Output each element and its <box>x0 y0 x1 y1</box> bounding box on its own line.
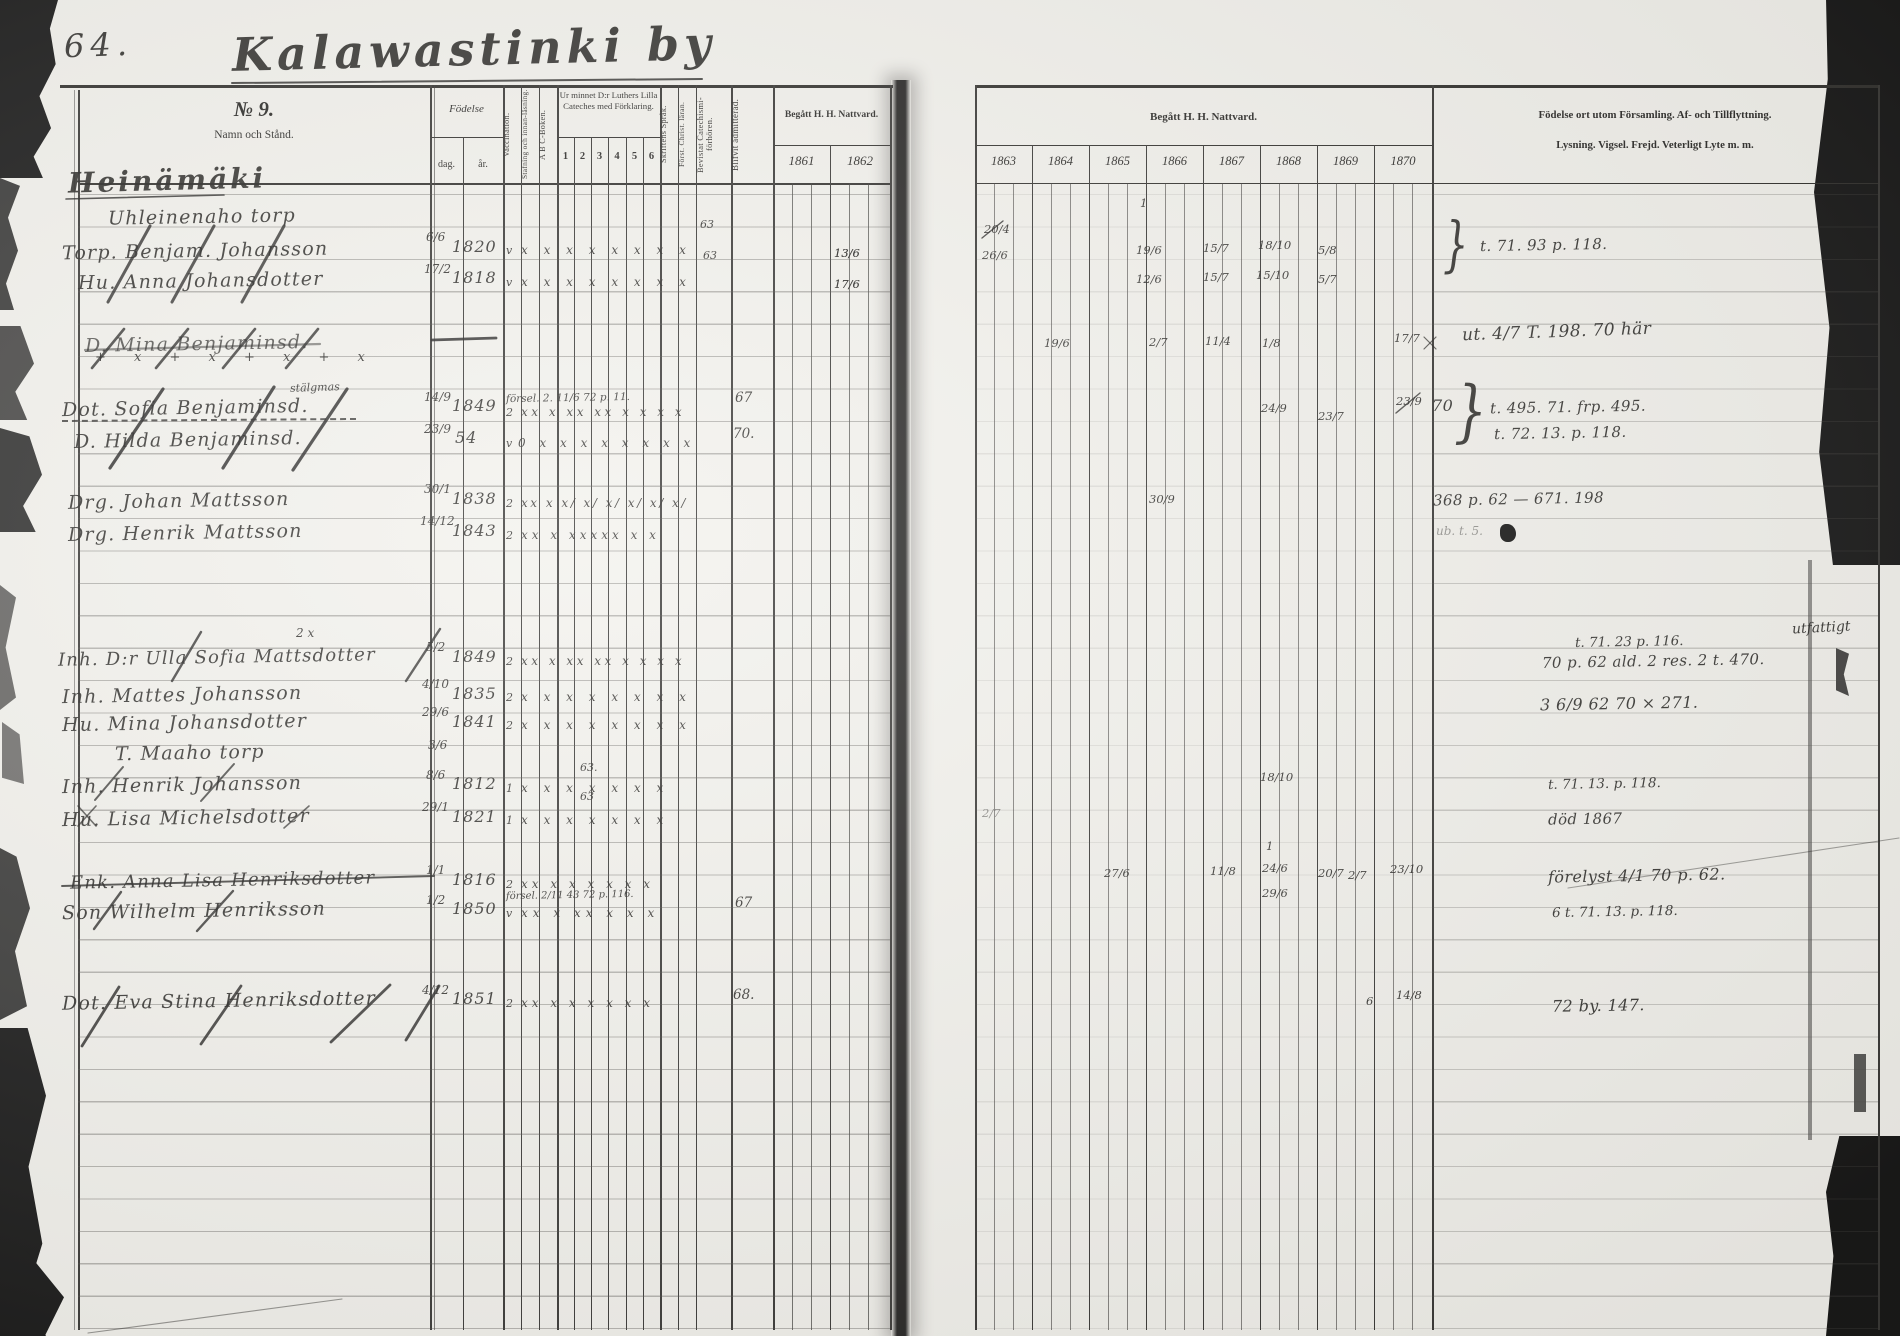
entry-birth-year: 1850 <box>452 899 497 918</box>
year-1862: 1862 <box>830 153 890 169</box>
communion-mark: 11/4 <box>1205 334 1231 348</box>
entry-reading-marks: xx x x/ x/ x/ x/ x/ x/ <box>521 496 688 510</box>
communion-mark: 24/9 <box>1261 401 1287 415</box>
entry-cross-marks: + x + x + x + x <box>95 350 377 365</box>
entry-exam-mark: 63 <box>700 218 714 231</box>
communion-mark: 15/7 <box>1203 270 1229 284</box>
years-ruled-lines <box>975 183 1432 1330</box>
entry-scribble: 2 x <box>296 626 314 640</box>
communion-mark: 20/4 <box>984 222 1010 236</box>
entry-vaccination: 2 <box>506 997 513 1010</box>
annotation: t. 71. 23 p. 116. <box>1575 633 1684 651</box>
admitted-header: Blifvit admitterad. <box>731 88 773 181</box>
entry-vaccination: v <box>506 244 512 257</box>
annotation: förelyst 4/1 70 p. 62. <box>1548 864 1726 886</box>
record-number: № 9. <box>78 97 430 122</box>
entry-reading-marks: x x x x x x x x <box>521 718 692 732</box>
entry-reading-marks: x x x x x x x <box>521 813 669 827</box>
entry-reading-marks: x x x x x x x x <box>521 275 692 289</box>
entry-vaccination: 2 <box>506 691 513 704</box>
year-1870: 1870 <box>1374 154 1432 169</box>
entry-vaccination: 1 <box>506 782 513 795</box>
entry-birth-day: 29/6 <box>422 705 449 719</box>
entry-name-crossed: Son Wilhelm Henriksson <box>62 898 326 925</box>
communion-header-right: Begått H. H. Nattvard. <box>975 111 1432 123</box>
marginal-note: stälgmas <box>290 380 340 395</box>
catechism-header: Ur minnet D:r Luthers Lilla Cateches med… <box>559 90 658 111</box>
communion-mark: 18/10 <box>1260 770 1293 784</box>
communion-mark: 23/10 <box>1390 862 1423 876</box>
entry-birth-day: 30/1 <box>424 482 451 496</box>
entry-admitted-year: 67 <box>735 895 752 911</box>
entry-vaccination: v <box>506 907 512 920</box>
communion-mark: 5/7 <box>1318 272 1337 286</box>
annotation: 368 p. 62 — 671. 198 <box>1433 489 1604 510</box>
grade-4: 4 <box>608 151 626 162</box>
year-1861: 1861 <box>773 153 830 169</box>
entry-birth-year: 1843 <box>452 521 497 540</box>
year-1869: 1869 <box>1317 154 1374 169</box>
communion-header-left: Begått H. H. Nattvard. <box>773 109 890 120</box>
entry-vaccination: 2 <box>506 529 513 542</box>
entry-name: Drg. Henrik Mattsson <box>68 520 303 546</box>
entry-birth-year: 1849 <box>452 647 497 666</box>
entry-vaccination: v <box>506 437 512 450</box>
annotation-faint: ub. t. 5. <box>1436 524 1483 538</box>
entry-birth-day: 14/12 <box>420 514 455 528</box>
birth-header: Födelse <box>430 103 503 115</box>
entry-exam-mark: 63. <box>580 761 598 774</box>
entry-inline-note: försel. 2. 11/6 72 p. 11. <box>506 391 630 405</box>
annotation: t. 71. 93 p. 118. <box>1480 235 1608 255</box>
communion-mark: 5/8 <box>1318 243 1337 257</box>
communion-mark: 6 <box>1366 994 1373 1008</box>
annotation: t. 495. 71. frp. 495. <box>1490 397 1646 418</box>
communion-mark: 1 <box>1266 839 1273 853</box>
entry-vaccination: 2 <box>506 719 513 732</box>
entry-reading-marks: x x x x x x x x <box>521 690 692 704</box>
entry-birth-day: 1/2 <box>426 893 445 907</box>
croft-header: Uhleinenaho torp <box>108 204 296 229</box>
annotation: 72 by. 147. <box>1552 995 1645 1016</box>
entry-admitted-year: 68. <box>733 987 754 1003</box>
grade-1: 1 <box>557 151 574 162</box>
entry-birth-year: 1821 <box>452 807 497 826</box>
communion-mark: 30/9 <box>1149 492 1175 506</box>
communion-mark: 15/7 <box>1203 241 1229 255</box>
entry-birth-day: 14/9 <box>424 390 451 404</box>
entry-birth-year: 1835 <box>452 684 497 703</box>
year-1865: 1865 <box>1089 154 1146 169</box>
entry-birth-day: 29/1 <box>422 800 449 814</box>
entry-birth-year: 1812 <box>452 774 497 793</box>
entry-birth-day: 5/2 <box>426 640 445 654</box>
village-header: Heinämäki <box>68 161 267 199</box>
entry-admitted-year: 70. <box>733 426 754 442</box>
entry-birth-day: 1/1 <box>426 863 445 877</box>
grade-2: 2 <box>574 151 591 162</box>
communion-mark: 27/6 <box>1104 866 1130 880</box>
notes-header-line2: Lysning. Vigsel. Frejd. Veterligt Lyte m… <box>1432 139 1878 151</box>
communion-mark: 18/10 <box>1258 238 1291 252</box>
entry-name: Drg. Johan Mattsson <box>68 488 290 514</box>
communion-mark: 12/6 <box>1136 272 1162 286</box>
birth-year-header: år. <box>463 159 503 170</box>
year-1866: 1866 <box>1146 154 1203 169</box>
communion-mark: 15/10 <box>1256 268 1289 282</box>
vaccination-header: Vaccination. <box>503 88 521 181</box>
communion-mark: 13/6 <box>834 246 860 260</box>
right-page-table: Begått H. H. Nattvard. 1863 1864 1865 18… <box>965 85 1880 1330</box>
annotation-brace: } <box>1443 211 1468 280</box>
communion-mark: 26/6 <box>982 248 1008 262</box>
annotation: t. 72. 13. p. 118. <box>1494 423 1627 443</box>
annotation-brace: } <box>1454 373 1487 451</box>
communion-mark: 17/7 <box>1394 331 1420 345</box>
grade-5: 5 <box>626 151 643 162</box>
annotation: t. 71. 13. p. 118. <box>1548 775 1661 793</box>
entry-birth-day: 6/6 <box>426 230 445 244</box>
entry-reading-marks: xx x xx xx x x x x <box>521 654 685 668</box>
communion-mark: 23/9 <box>1396 394 1422 408</box>
entry-birth-day: 17/2 <box>424 262 451 276</box>
entry-reading-marks: x x x x x x x x <box>521 243 692 257</box>
communion-mark: 1/8 <box>1262 336 1281 350</box>
book-gutter <box>891 80 911 1336</box>
entry-birth-year: 1849 <box>452 396 497 415</box>
entry-name-crossed: Dot. Sofia Benjaminsd. <box>62 395 309 421</box>
entry-vaccination: 2 <box>506 497 513 510</box>
entry-vaccination: 2 <box>506 878 513 891</box>
entry-reading-marks: xx x xx xx x x x x <box>521 405 685 419</box>
entry-birth-year: 1838 <box>452 489 497 508</box>
grade-6: 6 <box>643 151 660 162</box>
communion-mark: 2/7 <box>982 806 1001 820</box>
entry-birth-year: 1820 <box>452 237 497 256</box>
name-column-header: Namn och Stånd. <box>78 129 430 141</box>
entry-vaccination: 2 <box>506 655 513 668</box>
grade-3: 3 <box>591 151 608 162</box>
communion-mark: 24/6 <box>1262 861 1288 875</box>
croft-birth-day: 3/6 <box>428 738 447 752</box>
entry-birth-day: 4/12 <box>422 983 449 997</box>
year-1867: 1867 <box>1203 154 1260 169</box>
entry-exam-mark: 63 <box>703 249 717 262</box>
croft-header: T. Maaho torp <box>115 741 265 766</box>
year-1864: 1864 <box>1032 154 1089 169</box>
christian-doctrine-header: Först. Christ. läran. <box>678 88 696 181</box>
year-1863: 1863 <box>975 154 1032 169</box>
entry-birth-year: 1818 <box>452 268 497 287</box>
notes-header-line1: Födelse ort utom Församling. Af- och Til… <box>1432 109 1878 121</box>
communion-mark: 17/6 <box>834 277 860 291</box>
entry-reading-marks: xx x x x x x x <box>521 996 654 1010</box>
scanned-parish-register: 64. Kalawastinki by <box>0 0 1900 1336</box>
entry-name: Torp. Benjam. Johansson <box>62 238 329 265</box>
communion-mark: 1 <box>1140 196 1147 210</box>
entry-birth-year: 1841 <box>452 712 497 731</box>
communion-mark: 19/6 <box>1136 243 1162 257</box>
scripture-language-header: Skriftens Språk. <box>660 88 678 181</box>
annotation: utfattigt <box>1792 618 1851 637</box>
entry-birth-year: 54 <box>455 428 477 447</box>
entry-name-crossed: Inh. Henrik Johansson <box>62 772 302 798</box>
entry-reading-marks: xx x xxxxx x x <box>521 528 660 542</box>
entry-birth-day: 4/10 <box>422 677 449 691</box>
abc-book-header: A B C-Boken. <box>539 88 557 181</box>
birth-day-header: dag. <box>430 159 463 170</box>
communion-mark: 19/6 <box>1044 336 1070 350</box>
entry-birth-day: 8/6 <box>426 768 445 782</box>
entry-reading-marks: xx x xx x x x <box>521 906 659 920</box>
page-number: 64. <box>63 25 133 65</box>
entry-name: Inh. Mattes Johansson <box>62 682 303 708</box>
entry-name-crossed: D. Hilda Benjaminsd. <box>74 427 302 453</box>
entry-name: Hu. Anna Johansdotter <box>78 268 324 294</box>
annotation: 6 t. 71. 13. p. 118. <box>1552 903 1678 921</box>
entry-vaccination: 1 <box>506 814 513 827</box>
annotation: död 1867 <box>1548 809 1623 828</box>
communion-mark: 23/7 <box>1318 409 1344 423</box>
notes-ruled-lines <box>1432 183 1878 1330</box>
entry-admitted-year: 67 <box>735 390 752 406</box>
communion-mark: 29/6 <box>1262 886 1288 900</box>
entry-reading-marks: xx x x x x x x <box>521 877 654 891</box>
communion-mark: 11/8 <box>1210 864 1236 878</box>
entry-vaccination: 2 <box>506 406 513 419</box>
entry-exam-mark: 63 <box>580 790 594 803</box>
communion-mark: 20/7 <box>1318 866 1344 880</box>
entry-birth-year: 1816 <box>452 870 497 889</box>
entry-reading-marks: 0 x x x x x x x x <box>518 436 695 450</box>
catechism-exam-header: Bevistat Catechismi-förhören. <box>696 88 731 181</box>
annotation-prefix: 70 <box>1432 396 1453 415</box>
entry-vaccination: v <box>506 276 512 289</box>
entry-birth-day: 23/9 <box>424 422 451 436</box>
page-title: Kalawastinki by <box>231 16 716 82</box>
entry-reading-marks: x x x x x x x <box>521 781 669 795</box>
spelling-header: Stafning och innan-läsning. <box>521 88 539 181</box>
year-1868: 1868 <box>1260 154 1317 169</box>
communion-mark: 2/7 <box>1149 335 1168 349</box>
communion-mark: 2/7 <box>1348 868 1367 882</box>
annotation: 3 6/9 62 70 × 271. <box>1540 693 1699 715</box>
entry-name: Hu. Mina Johansdotter <box>62 710 307 736</box>
communion-mark: 14/8 <box>1396 988 1422 1002</box>
entry-name: Hu. Lisa Michelsdotter <box>62 805 310 831</box>
entry-birth-year: 1851 <box>452 989 497 1008</box>
